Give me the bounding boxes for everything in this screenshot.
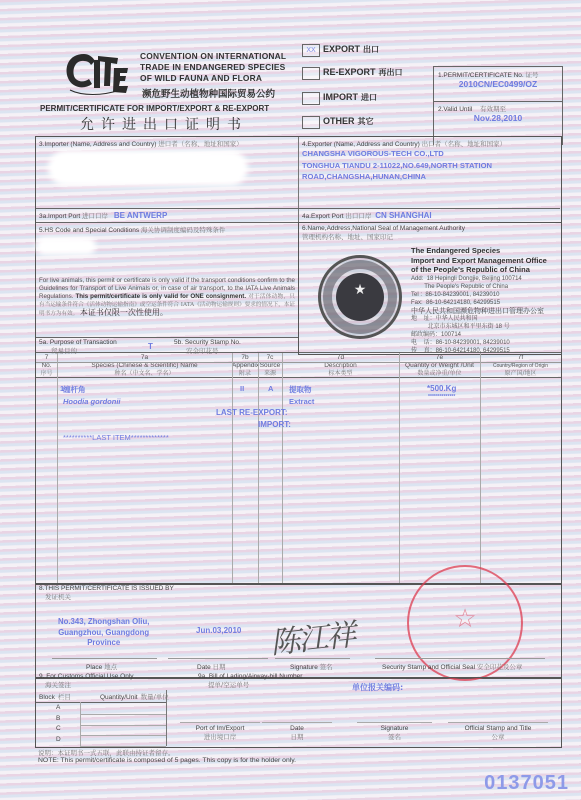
signature-label: Signature <box>290 664 318 671</box>
serial-number: 0137051 <box>484 772 569 795</box>
quantity-unit-label: Quantity/Unit数量/单位 <box>100 692 169 701</box>
block-quantity-field[interactable] <box>80 714 166 715</box>
issued-by-label: 8.THIS PERMIT/CERTIFICATE IS ISSUED BY <box>39 585 174 593</box>
type-label-export: EXPORT出口 <box>323 44 379 55</box>
bill-label-cn: 提单/空运单号 <box>208 681 302 689</box>
last-reexport-label: LAST RE-EXPORT: <box>216 408 288 417</box>
star-icon: ★ <box>336 281 384 298</box>
export-port-label: 4a.Export Port <box>302 213 344 220</box>
exporter-label-cn: 出口者（名称、地址和国家） <box>422 140 507 148</box>
permit-number-box: 1.PERMIT/CERTIFICATE No. 证号 2010CN/EC049… <box>433 66 563 145</box>
block-quantity-field[interactable] <box>80 735 166 736</box>
quantity-value: *500.Kg ************** <box>427 384 456 402</box>
bill-label: 9a. Bill of Lading/Airway-bill Number <box>198 673 302 681</box>
signature: 陈江祥 <box>268 610 356 663</box>
import-port-value: BE ANTWERP <box>114 211 167 220</box>
checkbox-import[interactable] <box>302 92 320 105</box>
hs-code-label-cn: 海关协调制度编码及特殊条件 <box>141 226 226 234</box>
star-icon: ☆ <box>409 603 521 634</box>
security-stamp-label: 5b. Security Stamp No. <box>174 339 241 347</box>
permit-number-label: 1.PERMIT/CERTIFICATE No. <box>438 72 524 79</box>
column-header-7c: 7cSource来源 <box>258 354 282 378</box>
valid-until-value: Nov.28,2010 <box>434 113 562 123</box>
type-label-re-export: RE-EXPORT再出口 <box>323 67 403 78</box>
checkbox-export[interactable]: XX <box>302 44 320 57</box>
block-quantity-field[interactable] <box>80 725 166 726</box>
permit-title: PERMIT/CERTIFICATE FOR IMPORT/EXPORT & R… <box>40 104 269 113</box>
customs-footer-2: Signature签名 <box>357 725 432 741</box>
customs-footer-3: Official Stamp and Title公章 <box>448 725 548 741</box>
valid-until-label-cn: 有效期至 <box>480 105 506 113</box>
issued-by-label-cn: 发证机关 <box>45 593 174 601</box>
exporter-label: 4.Exporter (Name, Address and Country) <box>302 141 420 148</box>
column-header-7f: 7fCountry/Region of Origin原产国/地区 <box>480 354 561 378</box>
divider <box>434 101 562 102</box>
column-header-7d: 7dDescription标本类型 <box>282 354 399 378</box>
type-label-import: IMPORT进口 <box>323 92 377 103</box>
checkbox-other[interactable] <box>302 116 320 129</box>
export-port-label-cn: 出口口岸 <box>345 212 371 220</box>
importer-label-cn: 进口者（名称、地址和国家） <box>158 140 243 148</box>
purpose-value: T <box>148 342 153 351</box>
block-a: A <box>56 704 60 711</box>
import-port-label-cn: 进口口岸 <box>82 212 108 220</box>
date-label: Date <box>197 664 211 671</box>
column-header-7b: 7bAppendix附录 <box>232 354 258 378</box>
block-b: B <box>56 715 60 722</box>
appendix-value: II <box>240 384 244 393</box>
convention-title: CONVENTION ON INTERNATIONAL TRADE IN END… <box>140 51 300 84</box>
permit-title-cn: 允许进出口证明书 <box>80 114 248 134</box>
species-name: 缠杆角 Hoodia gordonii <box>63 384 121 408</box>
seal-label: Security Stamp and Official Seal <box>382 664 475 671</box>
authority-address: The Endangered Species Import and Export… <box>411 246 547 355</box>
column-header-7a: 7aSpecies (Chinese & Scientific) Name种名（… <box>57 354 232 378</box>
exporter-value: CHANGSHA VIGOROUS-TECH CO.,LTD TONGHUA T… <box>302 148 492 183</box>
importer-label: 3.Importer (Name, Address and Country) <box>39 141 156 148</box>
permit-number-value: 2010CN/EC0499/OZ <box>434 79 562 89</box>
customs-label-cn: 海关签注 <box>45 681 134 689</box>
block-quantity-field[interactable] <box>80 746 166 747</box>
issued-date-value: Jun.03,2010 <box>196 626 241 635</box>
customs-label: 9. For Customs Official Use Only <box>39 673 134 681</box>
block-d: D <box>56 736 61 743</box>
export-port-value: CN SHANGHAI <box>375 211 431 220</box>
convention-title-cn: 濒危野生动植物种国际贸易公约 <box>142 86 275 100</box>
purpose-label: 5a. Purpose of Transaction <box>39 339 117 347</box>
block-label: Block栏目 <box>39 692 71 701</box>
import-port-label: 3a.Import Port <box>39 213 80 220</box>
cites-logo <box>62 46 134 98</box>
customs-footer-0: Port of Im/Export进出境口岸 <box>180 725 260 741</box>
authority-label-cn: 管理机构名称、地址、国家印记 <box>302 233 465 241</box>
national-seal: ★ <box>318 255 402 339</box>
column-header-7: 7No.序号 <box>36 354 57 378</box>
authority-label: 6.Name,Address,National Seal of Manageme… <box>302 225 465 233</box>
source-value: A <box>268 384 273 393</box>
redacted-importer <box>48 150 248 186</box>
place-label: Place <box>86 664 102 671</box>
note-en: NOTE: This permit/certificate is compose… <box>38 757 296 764</box>
hs-code-label: 5.HS Code and Special Conditions <box>39 227 139 234</box>
last-item-marker: **********LAST ITEM************* <box>63 433 169 442</box>
valid-until-label: 2.Valid Until <box>438 106 472 113</box>
permit-number-label-cn: 证号 <box>526 71 539 79</box>
block-c: C <box>56 725 61 732</box>
issued-place-value: No.343, Zhongshan Oliu, Guangzhou, Guang… <box>58 617 149 649</box>
note-cn: 说明：本证明书一式五联，此联由持证者留存。 <box>38 748 175 757</box>
customs-footer-1: Date日期 <box>262 725 332 741</box>
column-header-7e: 7eQuantity or Weight /Unit数量或净重/单位 <box>399 354 480 378</box>
bill-value: 单位报关编码: <box>352 682 403 693</box>
redacted-hs-code <box>36 237 96 255</box>
live-animal-notice: For live animals, this permit or certifi… <box>39 277 295 318</box>
type-label-other: OTHER其它 <box>323 116 374 127</box>
checkbox-re-export[interactable] <box>302 67 320 80</box>
import-label: IMPORT: <box>258 420 291 429</box>
description-value: 提取物 Extract <box>289 384 314 408</box>
